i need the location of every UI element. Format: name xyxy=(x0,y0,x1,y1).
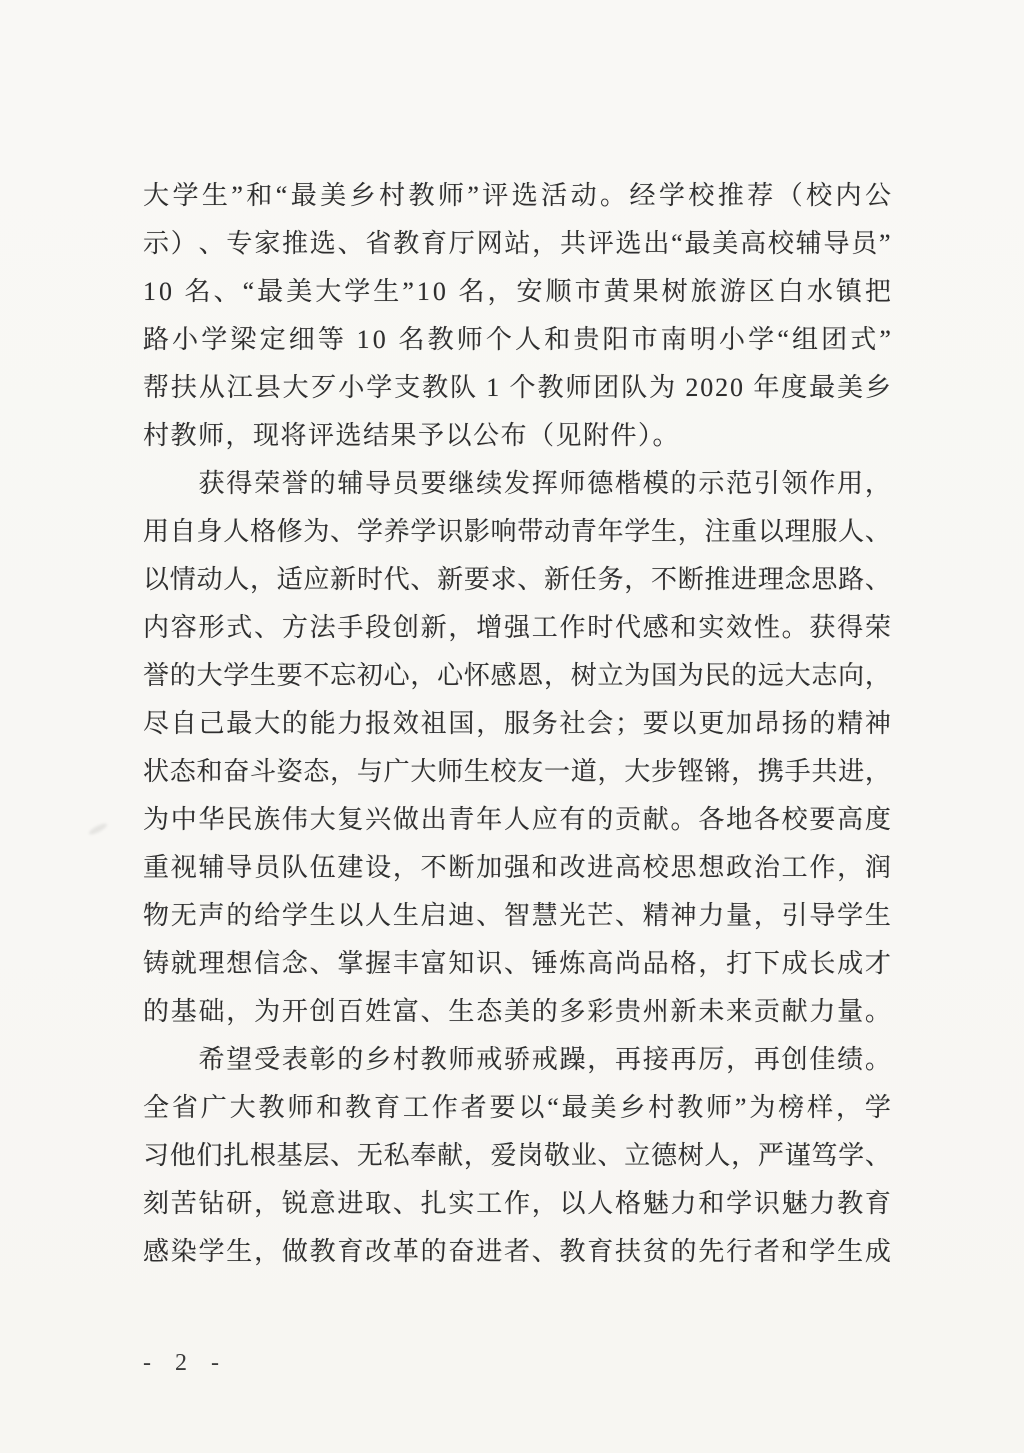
text-line: 重视辅导员队伍建设，不断加强和改进高校思想政治工作，润 xyxy=(143,844,891,892)
text-line: 刻苦钻研，锐意进取、扎实工作，以人格魅力和学识魅力教育 xyxy=(143,1180,891,1228)
text-line: 的基础，为开创百姓富、生态美的多彩贵州新未来贡献力量。 xyxy=(143,988,891,1036)
text-line: 示）、专家推选、省教育厅网站，共评选出“最美高校辅导员” xyxy=(143,220,891,268)
text-line: 希望受表彰的乡村教师戒骄戒躁，再接再厉，再创佳绩。 xyxy=(143,1036,891,1084)
text-line: 为中华民族伟大复兴做出青年人应有的贡献。各地各校要高度 xyxy=(143,796,891,844)
text-line: 全省广大教师和教育工作者要以“最美乡村教师”为榜样，学 xyxy=(143,1084,891,1132)
text-line: 状态和奋斗姿态，与广大师生校友一道，大步铿锵，携手共进， xyxy=(143,748,891,796)
text-line: 大学生”和“最美乡村教师”评选活动。经学校推荐（校内公 xyxy=(143,172,891,220)
document-body: 大学生”和“最美乡村教师”评选活动。经学校推荐（校内公示）、专家推选、省教育厅网… xyxy=(143,172,891,1276)
text-line: 物无声的给学生以人生启迪、智慧光芒、精神力量，引导学生 xyxy=(143,892,891,940)
text-line: 路小学梁定细等 10 名教师个人和贵阳市南明小学“组团式” xyxy=(143,316,891,364)
text-line: 内容形式、方法手段创新，增强工作时代感和实效性。获得荣 xyxy=(143,604,891,652)
text-line: 村教师，现将评选结果予以公布（见附件）。 xyxy=(143,412,891,460)
text-line: 习他们扎根基层、无私奉献，爱岗敬业、立德树人，严谨笃学、 xyxy=(143,1132,891,1180)
text-line: 10 名、“最美大学生”10 名，安顺市黄果树旅游区白水镇把 xyxy=(143,268,891,316)
text-line: 用自身人格修为、学养学识影响带动青年学生，注重以理服人、 xyxy=(143,508,891,556)
text-line: 铸就理想信念、掌握丰富知识、锤炼高尚品格，打下成长成才 xyxy=(143,940,891,988)
page-number: - 2 - xyxy=(143,1346,228,1380)
text-line: 获得荣誉的辅导员要继续发挥师德楷模的示范引领作用， xyxy=(143,460,891,508)
text-line: 感染学生，做教育改革的奋进者、教育扶贫的先行者和学生成 xyxy=(143,1228,891,1276)
document-page: 大学生”和“最美乡村教师”评选活动。经学校推荐（校内公示）、专家推选、省教育厅网… xyxy=(0,0,1024,1453)
text-line: 誉的大学生要不忘初心，心怀感恩，树立为国为民的远大志向， xyxy=(143,652,891,700)
text-line: 帮扶从江县大歹小学支教队 1 个教师团队为 2020 年度最美乡 xyxy=(143,364,891,412)
scan-smudge xyxy=(88,822,108,837)
text-line: 以情动人，适应新时代、新要求、新任务，不断推进理念思路、 xyxy=(143,556,891,604)
text-line: 尽自己最大的能力报效祖国，服务社会；要以更加昂扬的精神 xyxy=(143,700,891,748)
